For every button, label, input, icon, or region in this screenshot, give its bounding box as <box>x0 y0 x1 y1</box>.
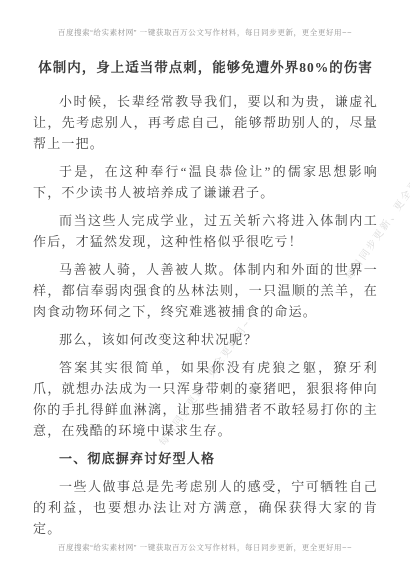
paragraph: 一些人做事总是先考虑别人的感受，宁可牺牲自己的利益，也要想办法让对方满意，确保获… <box>33 476 378 539</box>
section-heading: 一、彻底摒弃讨好型人格 <box>33 448 378 469</box>
header-note: 百度搜索“给实素材网” 一键获取百万公文写作材料，每日同步更新，更全更好用~~ <box>0 27 410 38</box>
paragraph: 于是，在这种奉行“温良恭俭让”的儒家思想影响下，不少读书人被培养成了谦谦君子。 <box>33 161 378 203</box>
document-page: 百度搜索“给实素材网” 一键获取百万公文写作材料，每日同步更新，更全更好用~~ … <box>0 0 410 580</box>
footer-note: 百度搜索“给实素材网” 一键获取百万公文写作材料，每日同步更新，更全更好用~~ <box>0 542 410 553</box>
document-body: 体制内，身上适当带点刺，能够免遭外界80%的伤害 小时候，长辈经常教导我们，要以… <box>33 58 378 546</box>
paragraph: 马善被人骑，人善被人欺。体制内和外面的世界一样，都信奉弱肉强食的丛林法则，一只温… <box>33 259 378 322</box>
paragraph: 小时候，长辈经常教导我们，要以和为贵，谦虚礼让，先考虑别人，再考虑自己，能够帮助… <box>33 91 378 154</box>
paragraph: 那么，该如何改变这种状况呢？ <box>33 329 378 350</box>
paragraph: 而当这些人完成学业，过五关斩六将进入体制内工作后，才猛然发现，这种性格似乎很吃亏… <box>33 210 378 252</box>
page-title: 体制内，身上适当带点刺，能够免遭外界80%的伤害 <box>33 58 378 78</box>
paragraph: 答案其实很简单，如果你没有虎狼之躯，獠牙利爪，就想办法成为一只浑身带刺的豪猪吧，… <box>33 357 378 441</box>
